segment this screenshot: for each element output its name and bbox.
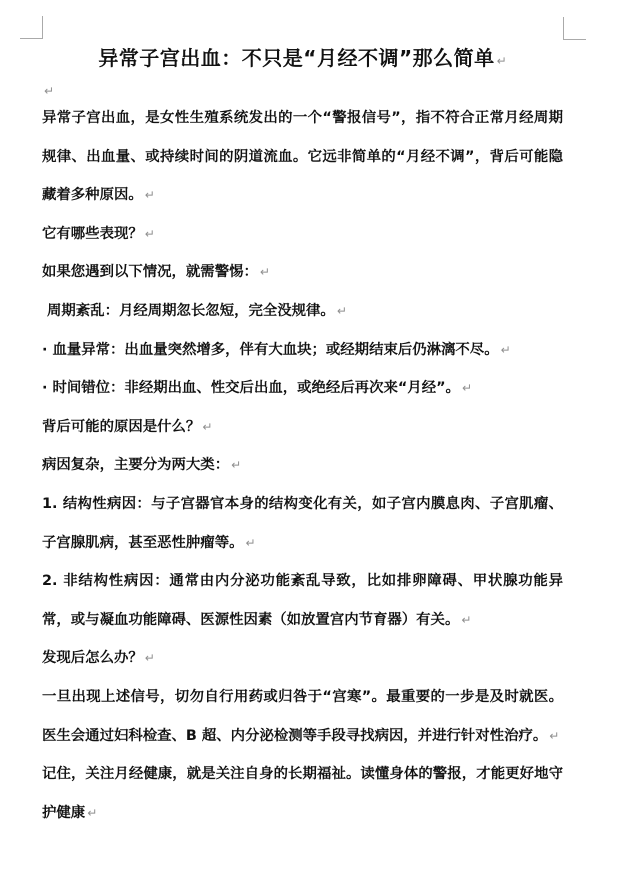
document-title-text: 异常子宫出血：不只是“月经不调”那么简单 xyxy=(98,46,494,70)
paragraph-text: 2. 非结构性病因：通常由内分泌功能紊乱导致，比如排卵障碍、甲状腺功能异常，或与… xyxy=(42,573,563,628)
paragraph-causes-intro: 病因复杂，主要分为两大类：↵ xyxy=(42,446,563,485)
document-body: 异常子宫出血：不只是“月经不调”那么简单↵ ↵ 异常子宫出血，是女性生殖系统发出… xyxy=(42,38,563,832)
paragraph-mark-icon: ↵ xyxy=(145,227,155,241)
document-page: 异常子宫出血：不只是“月经不调”那么简单↵ ↵ 异常子宫出血，是女性生殖系统发出… xyxy=(0,0,635,870)
document-title: 异常子宫出血：不只是“月经不调”那么简单↵ xyxy=(42,38,563,81)
paragraph-mark-icon: ↵ xyxy=(461,613,471,627)
paragraph-mark-icon: ↵ xyxy=(87,806,97,820)
paragraph-intro: 异常子宫出血，是女性生殖系统发出的一个“警报信号”，指不符合正常月经周期规律、出… xyxy=(42,99,563,215)
paragraph-text: 病因复杂，主要分为两大类： xyxy=(42,457,229,473)
paragraph-text: · 血量异常：出血量突然增多，伴有大血块；或经期结束后仍淋漓不尽。 xyxy=(42,342,499,358)
list-item-cycle-disorder: 周期紊乱：月经周期忽长忽短，完全没规律。↵ xyxy=(42,292,563,331)
paragraph-mark-icon: ↵ xyxy=(497,54,507,68)
list-item-blood-volume: · 血量异常：出血量突然增多，伴有大血块；或经期结束后仍淋漓不尽。↵ xyxy=(42,331,563,370)
paragraph-text: 异常子宫出血，是女性生殖系统发出的一个“警报信号”，指不符合正常月经周期规律、出… xyxy=(42,110,563,203)
paragraph-text: 如果您遇到以下情况，就需警惕： xyxy=(42,264,258,280)
heading-causes: 背后可能的原因是什么？↵ xyxy=(42,408,563,447)
paragraph-mark-icon: ↵ xyxy=(260,265,270,279)
heading-symptoms: 它有哪些表现？↵ xyxy=(42,215,563,254)
paragraph-text: 一旦出现上述信号，切勿自行用药或归咎于“宫寒”。最重要的一步是及时就医。医生会通… xyxy=(42,689,563,744)
paragraph-mark-icon: ↵ xyxy=(337,304,347,318)
paragraph-text: 背后可能的原因是什么？ xyxy=(42,419,200,435)
paragraph-seek-medical-care: 一旦出现上述信号，切勿自行用药或归咎于“宫寒”。最重要的一步是及时就医。医生会通… xyxy=(42,678,563,755)
paragraph-mark-icon: ↵ xyxy=(44,84,54,98)
paragraph-structural-causes: 1. 结构性病因：与子宫器官本身的结构变化有关，如子宫内膜息肉、子宫肌瘤、子宫腺… xyxy=(42,485,563,562)
paragraph-text: · 时间错位：非经期出血、性交后出血，或绝经后再次来“月经”。 xyxy=(42,380,460,396)
paragraph-mark-icon: ↵ xyxy=(549,729,559,743)
paragraph-text: 它有哪些表现？ xyxy=(42,226,143,242)
list-item-timing: · 时间错位：非经期出血、性交后出血，或绝经后再次来“月经”。↵ xyxy=(42,369,563,408)
paragraph-mark-icon: ↵ xyxy=(462,381,472,395)
paragraph-mark-icon: ↵ xyxy=(145,188,155,202)
margin-crop-mark-top-right-icon xyxy=(563,17,586,40)
empty-paragraph: ↵ xyxy=(42,81,563,99)
margin-crop-mark-top-left-icon xyxy=(20,16,43,39)
paragraph-mark-icon: ↵ xyxy=(501,343,511,357)
paragraph-text: 发现后怎么办？ xyxy=(42,650,143,666)
heading-what-to-do: 发现后怎么办？↵ xyxy=(42,639,563,678)
paragraph-mark-icon: ↵ xyxy=(202,420,212,434)
paragraph-text: 记住，关注月经健康，就是关注自身的长期福祉。读懂身体的警报，才能更好地守护健康 xyxy=(42,766,563,821)
paragraph-warning-intro: 如果您遇到以下情况，就需警惕：↵ xyxy=(42,253,563,292)
paragraph-closing: 记住，关注月经健康，就是关注自身的长期福祉。读懂身体的警报，才能更好地守护健康↵ xyxy=(42,755,563,832)
paragraph-text: 1. 结构性病因：与子宫器官本身的结构变化有关，如子宫内膜息肉、子宫肌瘤、子宫腺… xyxy=(42,496,563,551)
paragraph-mark-icon: ↵ xyxy=(231,458,241,472)
paragraph-nonstructural-causes: 2. 非结构性病因：通常由内分泌功能紊乱导致，比如排卵障碍、甲状腺功能异常，或与… xyxy=(42,562,563,639)
paragraph-mark-icon: ↵ xyxy=(245,536,255,550)
paragraph-mark-icon: ↵ xyxy=(145,651,155,665)
paragraph-text: 周期紊乱：月经周期忽长忽短，完全没规律。 xyxy=(47,303,335,319)
